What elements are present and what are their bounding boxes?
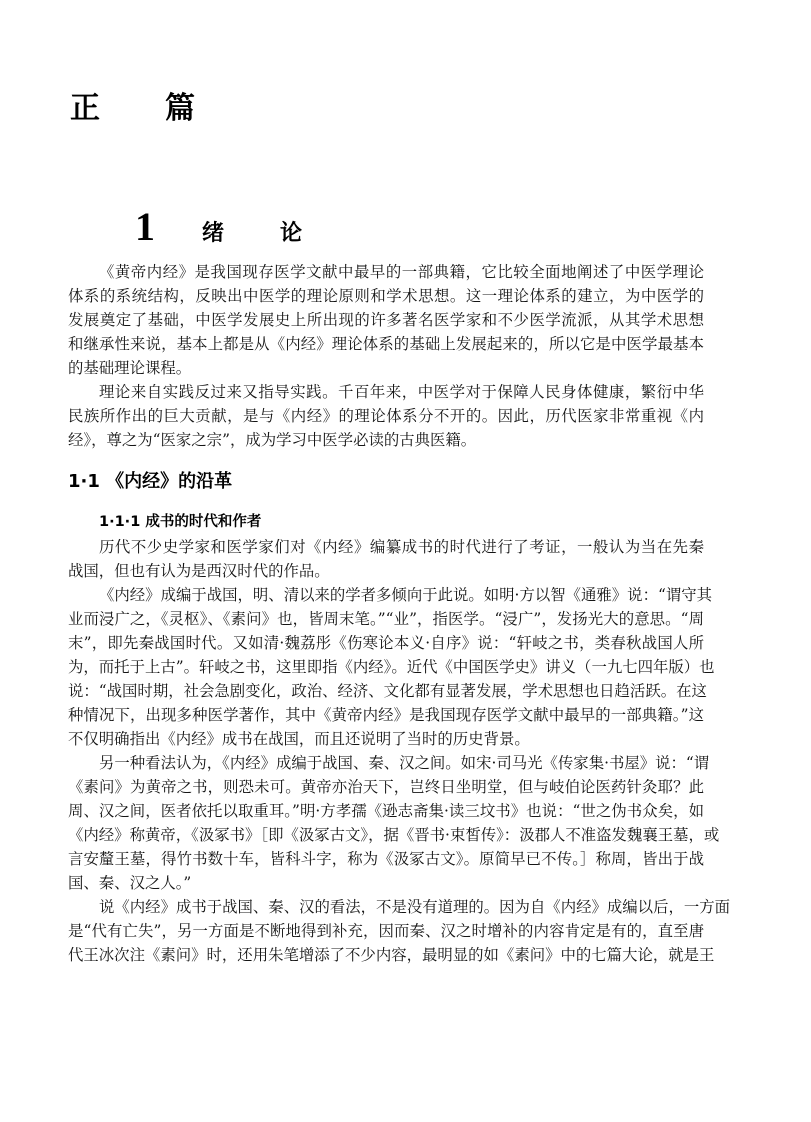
paragraph-line: 说《内经》成书于战国、秦、汉的看法，不是没有道理的。因为自《内经》成编以后，一方… bbox=[99, 895, 704, 919]
paragraph-line: 不仅明确指出《内经》成书在战国，而且还说明了当时的历史背景。 bbox=[68, 727, 530, 751]
paragraph-line: 周、汉之间，医者依托以取重耳。”明·方孝孺《逊志斋集·读三坟书》也说：“世之伪书… bbox=[68, 799, 704, 823]
chapter-title-char-2: 论 bbox=[280, 220, 302, 248]
paragraph-line: 发展奠定了基础，中医学发展史上所出现的许多著名医学家和不少医学流派，从其学术思想 bbox=[68, 308, 704, 332]
section-heading-1-1: 1·1 《内经》的沿革 bbox=[68, 470, 232, 494]
paragraph-line: 民族所作出的巨大贡献，是与《内经》的理论体系分不开的。因此，历代医家非常重视《内 bbox=[68, 404, 704, 428]
paragraph-line: 为，而托于上古”。轩岐之书，这里即指《内经》。近代《中国医学史》讲义（一九七四年… bbox=[68, 655, 704, 679]
paragraph-line: 战国，但也有认为是西汉时代的作品。 bbox=[68, 559, 330, 583]
paragraph-line: 国、秦、汉之人。” bbox=[68, 871, 191, 895]
subsection-heading-1-1-1: 1·1·1 成书的时代和作者 bbox=[99, 510, 261, 534]
paragraph-line: 业而浸广之，《灵枢》、《素问》也，皆周末笔。”“业”，指医学。“浸广”，发扬光大… bbox=[68, 607, 704, 631]
paragraph-line: 《素问》为黄帝之书，则恐未可。黄帝亦治天下，岂终日坐明堂，但与岐伯论医药针灸耶？… bbox=[68, 775, 704, 799]
paragraph-line: 末”，即先秦战国时代。又如清·魏荔彤《伤寒论本义·自序》说：“轩岐之书，类春秋战… bbox=[68, 631, 704, 655]
paragraph-line: 代王冰次注《素问》时，还用朱笔增添了不少内容，最明显的如《素问》中的七篇大论，就… bbox=[68, 943, 704, 967]
paragraph-line: 另一种看法认为，《内经》成编于战国、秦、汉之间。如宋·司马光《传家集·书屋》说：… bbox=[99, 751, 704, 775]
paragraph-line: 言安釐王墓，得竹书数十车，皆科斗字，称为《汲冢古文》。原简早已不传。］称周，皆出… bbox=[68, 847, 704, 871]
paragraph-line: 《内经》称黄帝，《汲冢书》［即《汲冢古文》，据《晋书·束皙传》：汲郡人不准盗发魏… bbox=[68, 823, 704, 847]
paragraph-line: 的基础理论课程。 bbox=[68, 356, 191, 380]
paragraph-line: 体系的系统结构，反映出中医学的理论原则和学术思想。这一理论体系的建立，为中医学的 bbox=[68, 284, 704, 308]
paragraph-line: 是“代有亡失”，另一方面是不断地得到补充，因而秦、汉之时增补的内容肯定是有的，直… bbox=[68, 919, 704, 943]
chapter-title-char-1: 绪 bbox=[202, 220, 224, 248]
paragraph-line: 《内经》成编于战国，明、清以来的学者多倾向于此说。如明·方以智《通雅》说：“谓守… bbox=[99, 583, 704, 607]
part-title-char-2: 篇 bbox=[165, 92, 195, 126]
part-title-char-1: 正 bbox=[70, 92, 100, 126]
paragraph-line: 经》，尊之为“医家之宗”，成为学习中医学必读的古典医籍。 bbox=[68, 428, 476, 452]
paragraph-line: 种情况下，出现多种医学著作，其中《黄帝内经》是我国现存医学文献中最早的一部典籍。… bbox=[68, 703, 704, 727]
paragraph-line: 历代不少史学家和医学家们对《内经》编纂成书的时代进行了考证，一般认为当在先秦 bbox=[99, 535, 704, 559]
paragraph-line: 说：“战国时期，社会急剧变化，政治、经济、文化都有显著发展，学术思想也日趋活跃。… bbox=[68, 679, 704, 703]
chapter-number: 1 bbox=[135, 204, 155, 250]
paragraph-line: 和继承性来说，基本上都是从《内经》理论体系的基础上发展起来的，所以它是中医学最基… bbox=[68, 332, 704, 356]
paragraph-line: 《黄帝内经》是我国现存医学文献中最早的一部典籍，它比较全面地阐述了中医学理论 bbox=[99, 260, 704, 284]
paragraph-line: 理论来自实践反过来又指导实践。千百年来，中医学对于保障人民身体健康，繁衍中华 bbox=[99, 380, 704, 404]
